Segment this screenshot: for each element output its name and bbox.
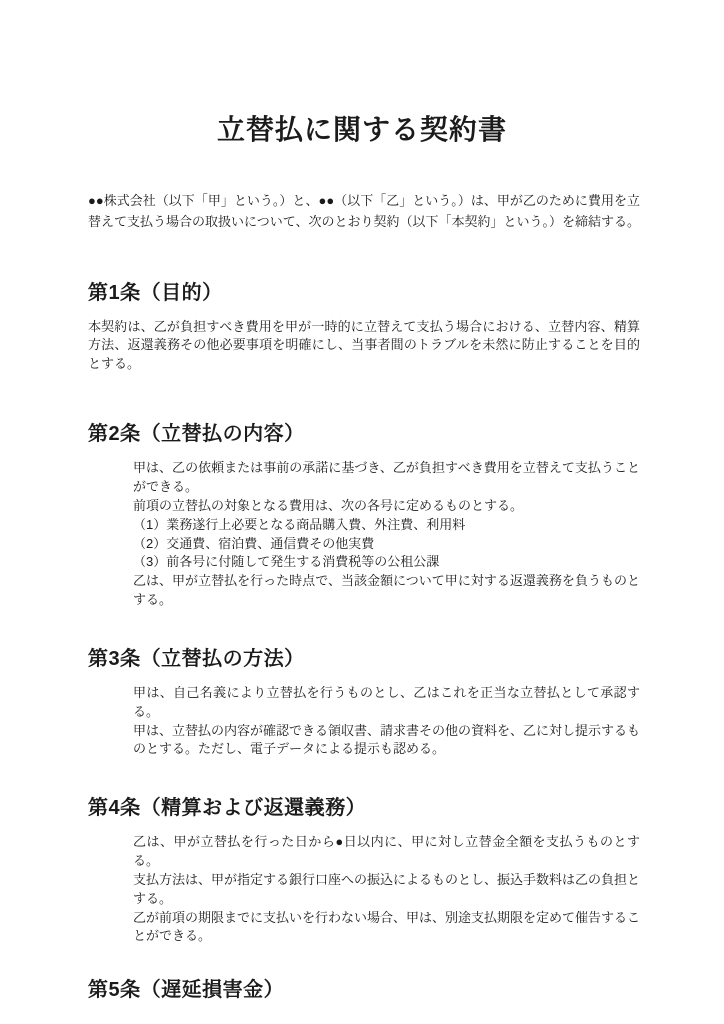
document-title: 立替払に関する契約書 [0, 0, 724, 147]
article-5-heading: 第5条（遅延損害金） [88, 978, 640, 1003]
article-4-heading: 第4条（精算および返還義務） [88, 796, 640, 821]
preamble-text: ●●株式会社（以下「甲」という。）と、●●（以下「乙」という。）は、甲が乙のため… [88, 191, 640, 233]
article-2-body: 甲は、乙の依頼または事前の承諾に基づき、乙が負担すべき費用を立替えて支払うことが… [133, 459, 640, 610]
article-2-list-item-3: （3）前各号に付随して発生する消費税等の公租公課 [133, 553, 640, 572]
article-3-body: 甲は、自己名義により立替払を行うものとし、乙はこれを正当な立替払として承認する。… [133, 684, 640, 759]
article-4-paragraph-2: 支払方法は、甲が指定する銀行口座への振込によるものとし、振込手数料は乙の負担とす… [133, 871, 640, 909]
article-4: 第4条（精算および返還義務） 乙は、甲が立替払を行った日から●日以内に、甲に対し… [88, 796, 640, 946]
article-2-list-item-2: （2）交通費、宿泊費、通信費その他実費 [133, 535, 640, 554]
article-2: 第2条（立替払の内容） 甲は、乙の依頼または事前の承諾に基づき、乙が負担すべき費… [88, 422, 640, 610]
article-1-body: 本契約は、乙が負担すべき費用を甲が一時的に立替えて支払う場合における、立替内容、… [88, 318, 640, 375]
article-3-paragraph-2: 甲は、立替払の内容が確認できる領収書、請求書その他の資料を、乙に対し提示するもの… [133, 722, 640, 760]
article-5: 第5条（遅延損害金） [88, 978, 640, 1003]
article-1-heading: 第1条（目的） [88, 281, 640, 306]
article-3: 第3条（立替払の方法） 甲は、自己名義により立替払を行うものとし、乙はこれを正当… [88, 647, 640, 759]
contract-document-page: 立替払に関する契約書 ●●株式会社（以下「甲」という。）と、●●（以下「乙」とい… [0, 0, 724, 1024]
article-2-list-item-1: （1）業務遂行上必要となる商品購入費、外注費、利用料 [133, 516, 640, 535]
article-4-paragraph-1: 乙は、甲が立替払を行った日から●日以内に、甲に対し立替金全額を支払うものとする。 [133, 833, 640, 871]
article-3-heading: 第3条（立替払の方法） [88, 647, 640, 672]
article-2-paragraph-2: 前項の立替払の対象となる費用は、次の各号に定めるものとする。 [133, 497, 640, 516]
article-3-paragraph-1: 甲は、自己名義により立替払を行うものとし、乙はこれを正当な立替払として承認する。 [133, 684, 640, 722]
article-2-heading: 第2条（立替払の内容） [88, 422, 640, 447]
article-1: 第1条（目的） 本契約は、乙が負担すべき費用を甲が一時的に立替えて支払う場合にお… [88, 281, 640, 375]
article-4-body: 乙は、甲が立替払を行った日から●日以内に、甲に対し立替金全額を支払うものとする。… [133, 833, 640, 946]
article-1-paragraph-1: 本契約は、乙が負担すべき費用を甲が一時的に立替えて支払う場合における、立替内容、… [88, 318, 640, 375]
article-4-paragraph-3: 乙が前項の期限までに支払いを行わない場合、甲は、別途支払期限を定めて催告すること… [133, 909, 640, 947]
article-2-paragraph-3: 乙は、甲が立替払を行った時点で、当該金額について甲に対する返還義務を負うものとす… [133, 572, 640, 610]
article-2-paragraph-1: 甲は、乙の依頼または事前の承諾に基づき、乙が負担すべき費用を立替えて支払うことが… [133, 459, 640, 497]
